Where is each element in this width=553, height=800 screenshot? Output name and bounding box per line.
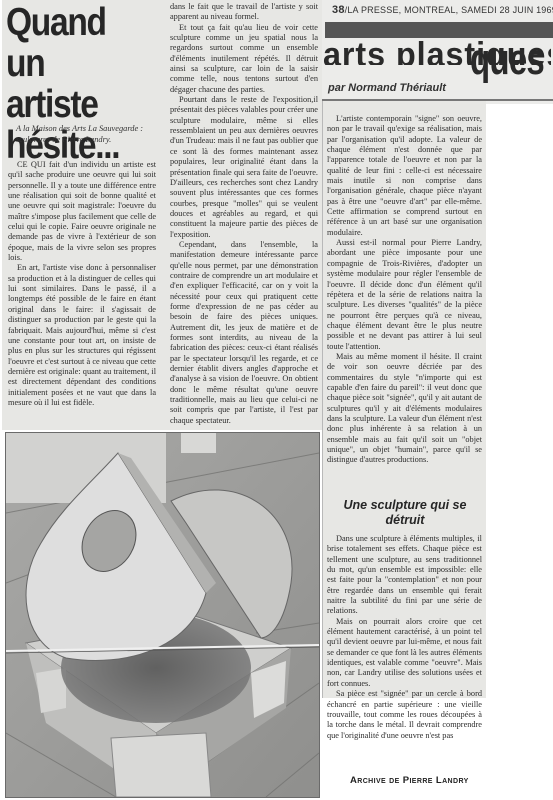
paragraph: Mais au même moment il hésite. Il craint… [327,352,482,466]
paragraph: Et tout ça fait qu'au lieu de voir cette… [170,23,318,95]
right-column-text: L'artiste contemporain "signe" son oeuvr… [327,114,482,466]
paragraph: En art, l'artiste vise donc à personnali… [8,263,156,408]
page-number: 38 [332,4,345,16]
article-subhead: A la Maison des Arts La Sauvegarde : scu… [16,124,162,145]
paragraph: Cependant, dans l'ensemble, la manifesta… [170,240,318,426]
paragraph: Sa pièce est "signée" par un cercle à bo… [327,689,482,741]
dateline: 38/LA PRESSE, MONTREAL, SAMEDI 28 JUIN 1… [332,4,553,16]
archive-credit: Archive de Pierre Landry [350,775,469,786]
paragraph: CE QUI fait d'un individu un artiste est… [8,160,156,263]
right-column-text-continued: Dans une sculpture à éléments multiples,… [327,534,482,741]
sculpture-image [6,433,319,797]
paragraph: Mais on pourrait alors croire que cet él… [327,617,482,689]
left-column-text: CE QUI fait d'un individu un artiste est… [8,160,156,408]
byline: par Normand Thériault [328,82,446,94]
paragraph: L'artiste contemporain "signe" son oeuvr… [327,114,482,238]
paragraph: Pourtant dans le reste de l'exposition,i… [170,95,318,240]
section-title-large-fragment: ques [470,38,544,82]
sculpture-photo [5,432,320,798]
section-subheading: Une sculpture qui se détruit [330,498,480,528]
paragraph: dans le fait que le travail de l'artiste… [170,2,318,23]
middle-column-text: dans le fait que le travail de l'artiste… [170,2,318,426]
dateline-text: /LA PRESSE, MONTREAL, SAMEDI 28 JUIN 196… [345,5,553,15]
header-rule [322,99,553,101]
paragraph: Dans une sculpture à éléments multiples,… [327,534,482,617]
paragraph: Aussi est-il normal pour Pierre Landry, … [327,238,482,352]
